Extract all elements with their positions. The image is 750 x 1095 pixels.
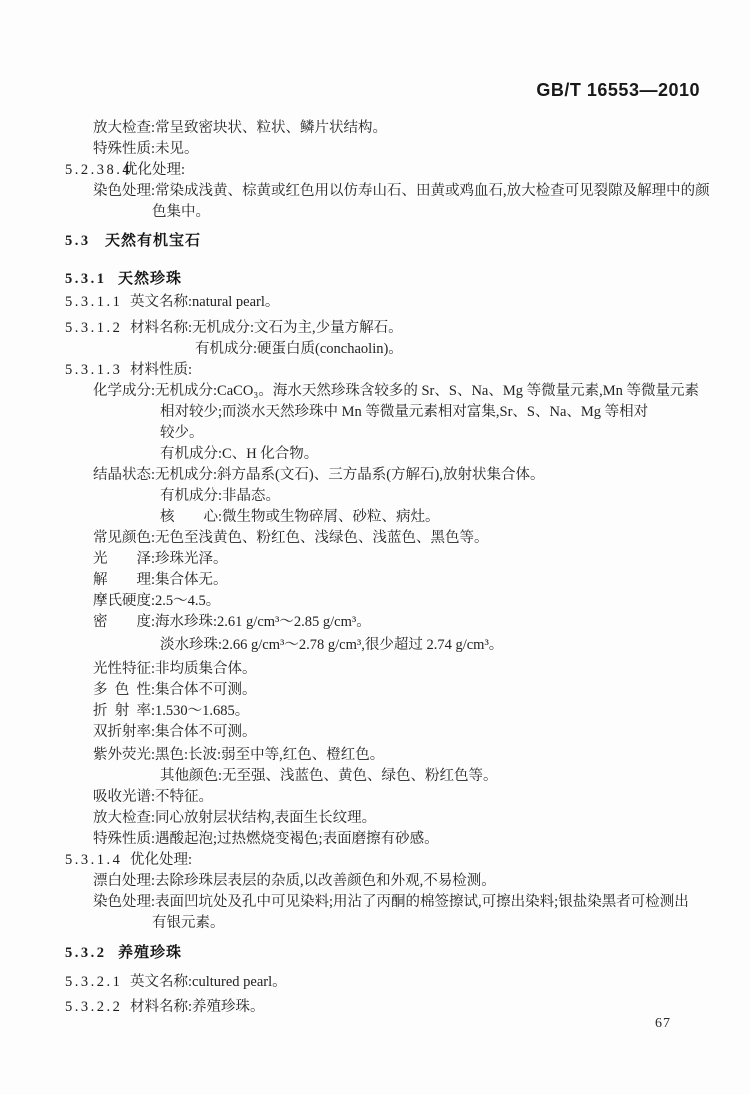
clause-title: 优化处理: — [123, 162, 185, 178]
text-line: 双折射率:集合体不可测。 — [0, 722, 750, 743]
clause-heading: 5.3.2.1英文名称:cultured pearl。 — [0, 972, 750, 993]
clause-heading: 5.3.1.4优化处理: — [0, 850, 750, 871]
text-line: 化学成分:无机成分:CaCO₃。海水天然珍珠含较多的 Sr、S、Na、Mg 等微… — [0, 381, 750, 402]
clause-title: 英文名称:natural pearl。 — [130, 294, 279, 310]
clause-number: 5.3.1.4 — [65, 850, 130, 871]
text-line: 染色处理:常染成浅黄、棕黄或红色用以仿寿山石、田黄或鸡血石,放大检查可见裂隙及解… — [0, 181, 750, 202]
clause-number: 5.3.2.2 — [65, 997, 130, 1018]
clause-title: 材料性质: — [130, 362, 192, 378]
text-line: 放大检查:同心放射层状结构,表面生长纹理。 — [0, 808, 750, 829]
text-line: 解 理:集合体无。 — [0, 570, 750, 591]
text-line: 折 射 率:1.530～1.685。 — [0, 701, 750, 722]
text-line-continuation: 其他颜色:无至强、浅蓝色、黄色、绿色、粉红色等。 — [0, 766, 750, 787]
text-line: 紫外荧光:黑色:长波:弱至中等,红色、橙红色。 — [0, 745, 750, 766]
clause-number: 5.3.1 — [65, 269, 118, 290]
text-line-continuation: 相对较少;而淡水天然珍珠中 Mn 等微量元素相对富集,Sr、S、Na、Mg 等相… — [0, 402, 750, 423]
text-line: 光 泽:珍珠光泽。 — [0, 549, 750, 570]
clause-number: 5.3.1.1 — [65, 292, 130, 313]
clause-heading: 5.2.38.4优化处理: — [0, 160, 750, 181]
text-line: 摩氏硬度:2.5～4.5。 — [0, 591, 750, 612]
clause-title: 材料名称:无机成分:文石为主,少量方解石。 — [130, 320, 403, 336]
clause-heading: 5.3.1.3材料性质: — [0, 360, 750, 381]
text-line-continuation: 较少。 — [0, 423, 750, 444]
section-title: 天然珍珠 — [118, 270, 182, 287]
clause-number: 5.3 — [65, 231, 105, 252]
text-line-continuation: 核 心:微生物或生物碎屑、砂粒、病灶。 — [0, 507, 750, 528]
clause-number: 5.3.2.1 — [65, 972, 130, 993]
section-title: 养殖珍珠 — [118, 944, 182, 961]
text-line: 光性特征:非均质集合体。 — [0, 659, 750, 680]
document-body: 放大检查:常呈致密块状、粒状、鳞片状结构。 特殊性质:未见。 5.2.38.4优… — [0, 0, 750, 1018]
clause-title: 优化处理: — [130, 852, 192, 868]
clause-title: 英文名称:cultured pearl。 — [130, 974, 287, 990]
clause-number: 5.3.2 — [65, 943, 118, 964]
text-line-continuation: 有机成分:硬蛋白质(conchaolin)。 — [0, 339, 750, 360]
clause-title: 材料名称:养殖珍珠。 — [130, 999, 265, 1015]
section-heading: 5.3天然有机宝石 — [0, 230, 750, 251]
text-line-continuation: 色集中。 — [0, 202, 750, 223]
text-line-continuation: 有银元素。 — [0, 913, 750, 934]
text-line: 吸收光谱:不特征。 — [0, 787, 750, 808]
text-line: 染色处理:表面凹坑处及孔中可见染料;用沾了丙酮的棉签擦试,可擦出染料;银盐染黑者… — [0, 892, 750, 913]
text-line-continuation: 有机成分:C、H 化合物。 — [0, 444, 750, 465]
document-page: GB/T 16553—2010 放大检查:常呈致密块状、粒状、鳞片状结构。 特殊… — [0, 0, 750, 1095]
clause-heading: 5.3.1.2材料名称:无机成分:文石为主,少量方解石。 — [0, 318, 750, 339]
clause-number: 5.3.1.2 — [65, 318, 130, 339]
section-heading: 5.3.1天然珍珠 — [0, 268, 750, 289]
text-line: 结晶状态:无机成分:斜方晶系(文石)、三方晶系(方解石),放射状集合体。 — [0, 465, 750, 486]
text-line: 多 色 性:集合体不可测。 — [0, 680, 750, 701]
text-line-continuation: 有机成分:非晶态。 — [0, 486, 750, 507]
page-number: 67 — [655, 1016, 671, 1032]
text-line: 放大检查:常呈致密块状、粒状、鳞片状结构。 — [0, 118, 750, 139]
text-line: 密 度:海水珍珠:2.61 g/cm³～2.85 g/cm³。 — [0, 612, 750, 633]
text-line: 常见颜色:无色至浅黄色、粉红色、浅绿色、浅蓝色、黑色等。 — [0, 528, 750, 549]
clause-heading: 5.3.2.2材料名称:养殖珍珠。 — [0, 997, 750, 1018]
text-line: 特殊性质:未见。 — [0, 139, 750, 160]
text-line: 漂白处理:去除珍珠层表层的杂质,以改善颜色和外观,不易检测。 — [0, 871, 750, 892]
text-line: 特殊性质:遇酸起泡;过热燃烧变褐色;表面磨擦有砂感。 — [0, 829, 750, 850]
clause-heading: 5.3.1.1英文名称:natural pearl。 — [0, 292, 750, 313]
section-title: 天然有机宝石 — [105, 232, 201, 249]
text-line-continuation: 淡水珍珠:2.66 g/cm³～2.78 g/cm³,很少超过 2.74 g/c… — [0, 635, 750, 656]
clause-number: 5.2.38.4 — [65, 160, 123, 181]
clause-number: 5.3.1.3 — [65, 360, 130, 381]
section-heading: 5.3.2养殖珍珠 — [0, 942, 750, 963]
